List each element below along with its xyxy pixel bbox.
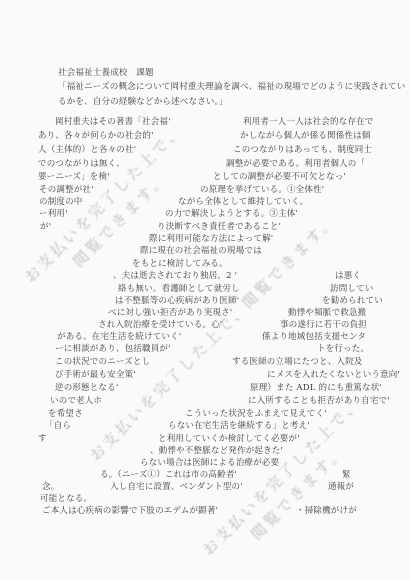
text-line-segment: ご本人は心疾病の影響で下肢のエデムが顕著' — [42, 506, 218, 516]
text-line-segment: ・掃除機がけが — [296, 506, 357, 516]
text-line-segment: 絡も無い。看護師として就労し — [118, 284, 240, 294]
text-line-segment: べに対し強い拒否があり実現さ' — [108, 308, 232, 318]
text-line-segment: が' — [40, 222, 51, 232]
document-header-line: るかを、自分の経験などから述べなさい。」 — [58, 97, 228, 107]
text-line-segment: る。（ニーズ①）これは市の高齢者' — [100, 470, 237, 480]
document-header-line: 「福祉ニーズの概念について岡村重夫理論を調べ、福祉の現場でどのように実践されてい — [58, 82, 405, 92]
text-line-segment: あり、各々が何らかの社会的' — [38, 131, 154, 141]
text-line-segment: 訪問してい — [330, 284, 374, 294]
text-line-segment: でのつながりは無く、 — [38, 159, 125, 169]
text-line-segment: 際に現在の社会福祉の現場では — [140, 246, 262, 256]
text-line-segment: り決断すべき責任者であること' — [157, 222, 281, 232]
text-line-segment: この状況でのニーズとし — [55, 357, 150, 367]
text-line-segment: 調整が必要である。利用者個人の「 — [226, 159, 365, 169]
text-line-segment: は不整脈等の心疾病があり医師' — [115, 296, 239, 306]
text-line-segment: 、夫は逝去されており独居。2 ' — [113, 271, 237, 281]
text-line-segment: の力で解決しようとする。③主体' — [165, 209, 298, 219]
text-line-segment: 入し自宅に設置、ペンダント型の' — [110, 482, 243, 492]
document-header-line: 社会福祉士養成校 課題 — [58, 68, 154, 78]
text-line-segment: 通報が — [328, 482, 354, 492]
text-line-segment: その調整が社' — [39, 185, 94, 195]
text-line-segment: としての調整が必要不可欠となっ' — [213, 172, 346, 182]
text-line-segment: らない場合は医師による治療が必要 — [140, 458, 279, 468]
text-line-segment: 、動悸や不整脈など発作が起きた' — [150, 446, 283, 456]
text-line-segment: こういった状況をふまえて見えてく' — [185, 409, 327, 419]
text-line-segment: トを行った。 — [317, 344, 369, 354]
text-line-segment: 事の遂行に若干の負担 — [280, 320, 367, 330]
text-line-segment: 岡村重夫はその著書「社会福' — [55, 117, 171, 127]
text-line-segment: び手術が最も安全策' — [55, 370, 136, 380]
text-line-segment: 要ーニーズ」を検' — [38, 172, 110, 182]
text-line-segment: 「自ら — [45, 421, 71, 431]
text-line-segment: 念。 — [42, 482, 59, 492]
text-line-segment: ながら全体として維持していく。 — [178, 197, 308, 207]
text-line-segment: す — [38, 434, 47, 444]
text-line-segment: 動悸や頻脈で救急搬 — [288, 308, 366, 318]
text-line-segment: いので老人ホ — [50, 396, 102, 406]
text-line-segment: 可能となる。 — [40, 494, 92, 504]
text-line-segment: を希望さ — [48, 409, 83, 419]
text-line-segment: このつながりはあっても、制度同士 — [233, 145, 372, 155]
text-line-segment: は悪く — [335, 271, 361, 281]
text-line-segment: に入所することも拒否があり自宅で' — [248, 396, 390, 406]
text-line-segment: 逆の形態となる' — [55, 383, 118, 393]
text-line-segment: と利用していくか検討してく必要が' — [158, 434, 300, 444]
text-line-segment: する医師の立場にたつと、入院及 — [232, 357, 363, 367]
text-line-segment: ー利用' — [39, 209, 68, 219]
text-line-segment: をもとに検討してみる。 — [132, 259, 228, 269]
text-line-segment: 緊 — [342, 470, 351, 480]
text-line-segment: を勧められてい — [322, 296, 383, 306]
text-line-segment: にメスを入れたくないという意向' — [267, 370, 400, 380]
text-line-segment: され入院治療を受けている。心' — [98, 320, 222, 330]
text-line-segment: ーに相談があり、包括職員が' — [55, 344, 171, 354]
text-line-segment: の制度の中 — [39, 197, 83, 207]
text-line-segment: がある。在宅生活を続けていく' — [57, 332, 181, 342]
text-line-segment: 係より地域包括支援センタ — [262, 332, 366, 342]
text-line-segment: かしながら個人が係る関係性は個 — [240, 131, 371, 141]
text-line-segment: らない在宅生活を継続する」と考え' — [168, 421, 310, 431]
text-line-segment: 際に利用可能な方法によって解' — [149, 234, 273, 244]
document-page: 社会福祉士養成校 課題「福祉ニーズの概念について岡村重夫理論を調べ、福祉の現場で… — [0, 0, 410, 580]
text-line-segment: 人（主体的）と各々の社' — [38, 145, 136, 155]
text-line-segment: の原理を挙げている。①全体性' — [200, 185, 324, 195]
text-line-segment: 原理）また ADL 的にも重篤な状' — [250, 383, 382, 393]
text-line-segment: 利用者一人一人は社会的な存在で — [243, 117, 374, 127]
